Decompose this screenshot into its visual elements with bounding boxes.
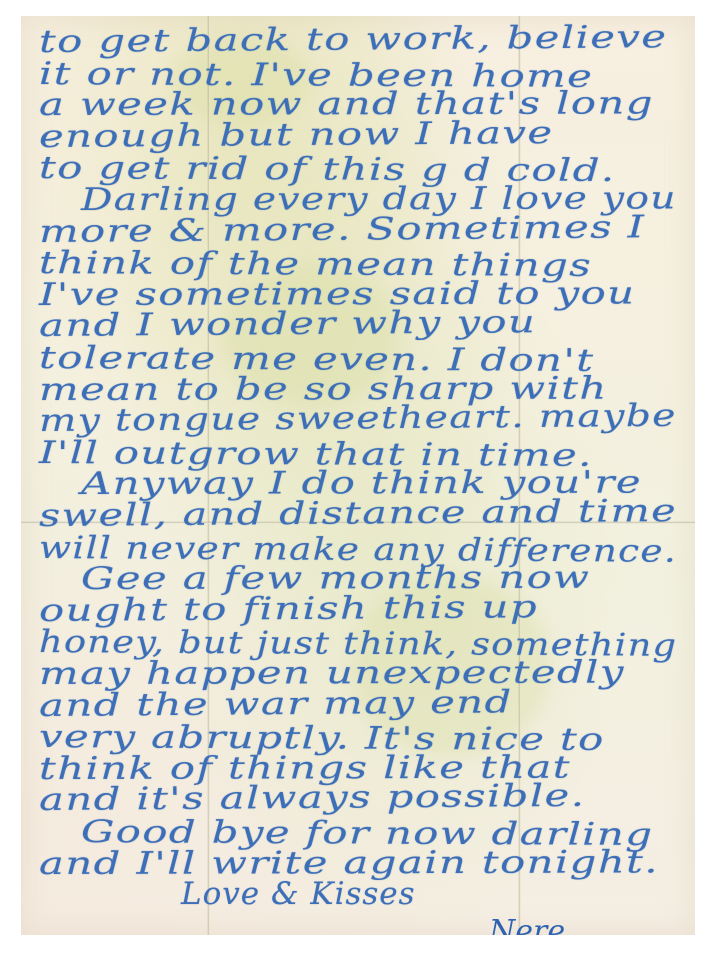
letter-line: and it's always possible. — [39, 778, 586, 818]
letter-closing: Love & Kisses — [181, 876, 416, 912]
letter-signature: Nere — [489, 914, 565, 935]
letter-line: my tongue sweetheart. maybe — [39, 398, 677, 439]
letter-line: ought to finish this up — [39, 589, 538, 629]
letter-page: to get back to work, believeit or not. I… — [21, 16, 695, 935]
letter-line: enough but now I have — [39, 115, 554, 155]
letter-line: more & more. Sometimes I — [39, 209, 646, 250]
letter-line: swell, and distance and time — [39, 493, 678, 534]
letter-line: and the war may end — [39, 684, 513, 724]
letter-line: and I wonder why you — [39, 305, 537, 345]
letter-line: to get back to work, believe — [39, 19, 668, 60]
letter-body: to get back to work, believeit or not. I… — [21, 16, 695, 935]
